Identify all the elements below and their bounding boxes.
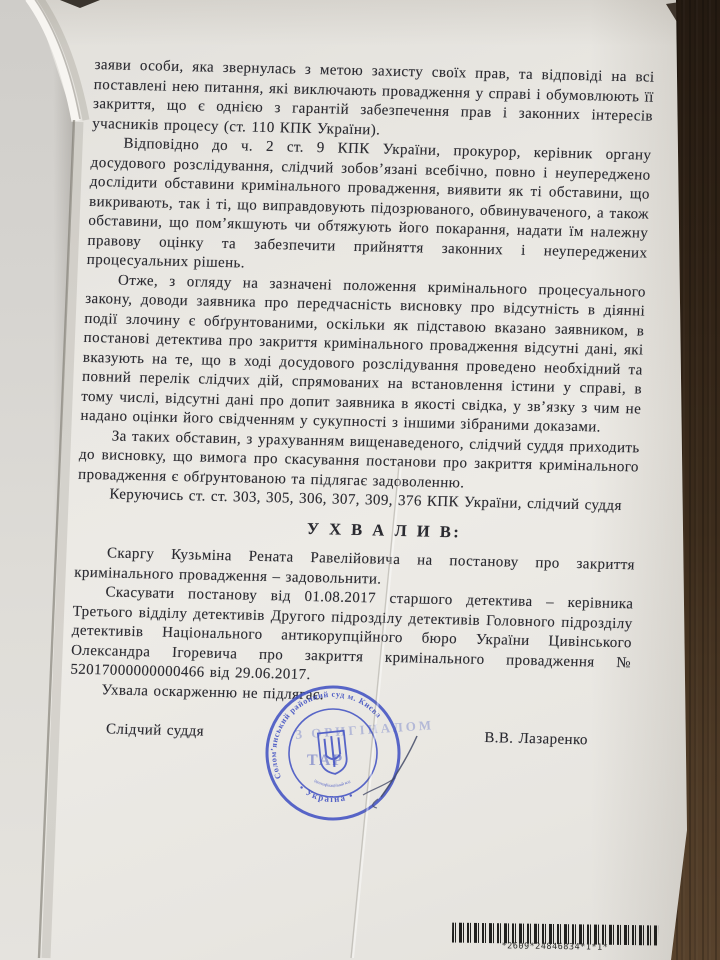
barcode: *2609*24846834*1*1* (450, 923, 660, 954)
body-paragraph: заяви особи, яка звернулась з метою захи… (92, 56, 655, 147)
signature-name: В.В. Лазаренко (484, 729, 628, 752)
body-paragraph: Відповідно до ч. 2 ст. 9 КПК України, пр… (86, 134, 651, 283)
svg-text:ідентифікаційний код: ідентифікаційний код (313, 774, 352, 790)
ruling-paragraph: Скасувати постанову від 01.08.2017 старш… (70, 583, 634, 693)
ruling-heading: У Х В А Л И В: (104, 514, 665, 546)
document-text: заяви особи, яка звернулась з метою захи… (68, 56, 655, 752)
court-seal: Солом’янський районний суд м. Києва • Ук… (255, 675, 411, 831)
body-paragraph: Отже, з огляду на зазначені положення кр… (80, 270, 646, 439)
document-page: заяви особи, яка звернулась з метою захи… (0, 0, 720, 960)
trident-icon (324, 735, 341, 767)
seal-id-code-text: ідентифікаційний код (313, 774, 352, 790)
signature-role: Слідчий суддя (68, 720, 205, 743)
page-top-shadow (0, 0, 720, 46)
barcode-text: *2609*24846834*1*1* (450, 941, 660, 954)
